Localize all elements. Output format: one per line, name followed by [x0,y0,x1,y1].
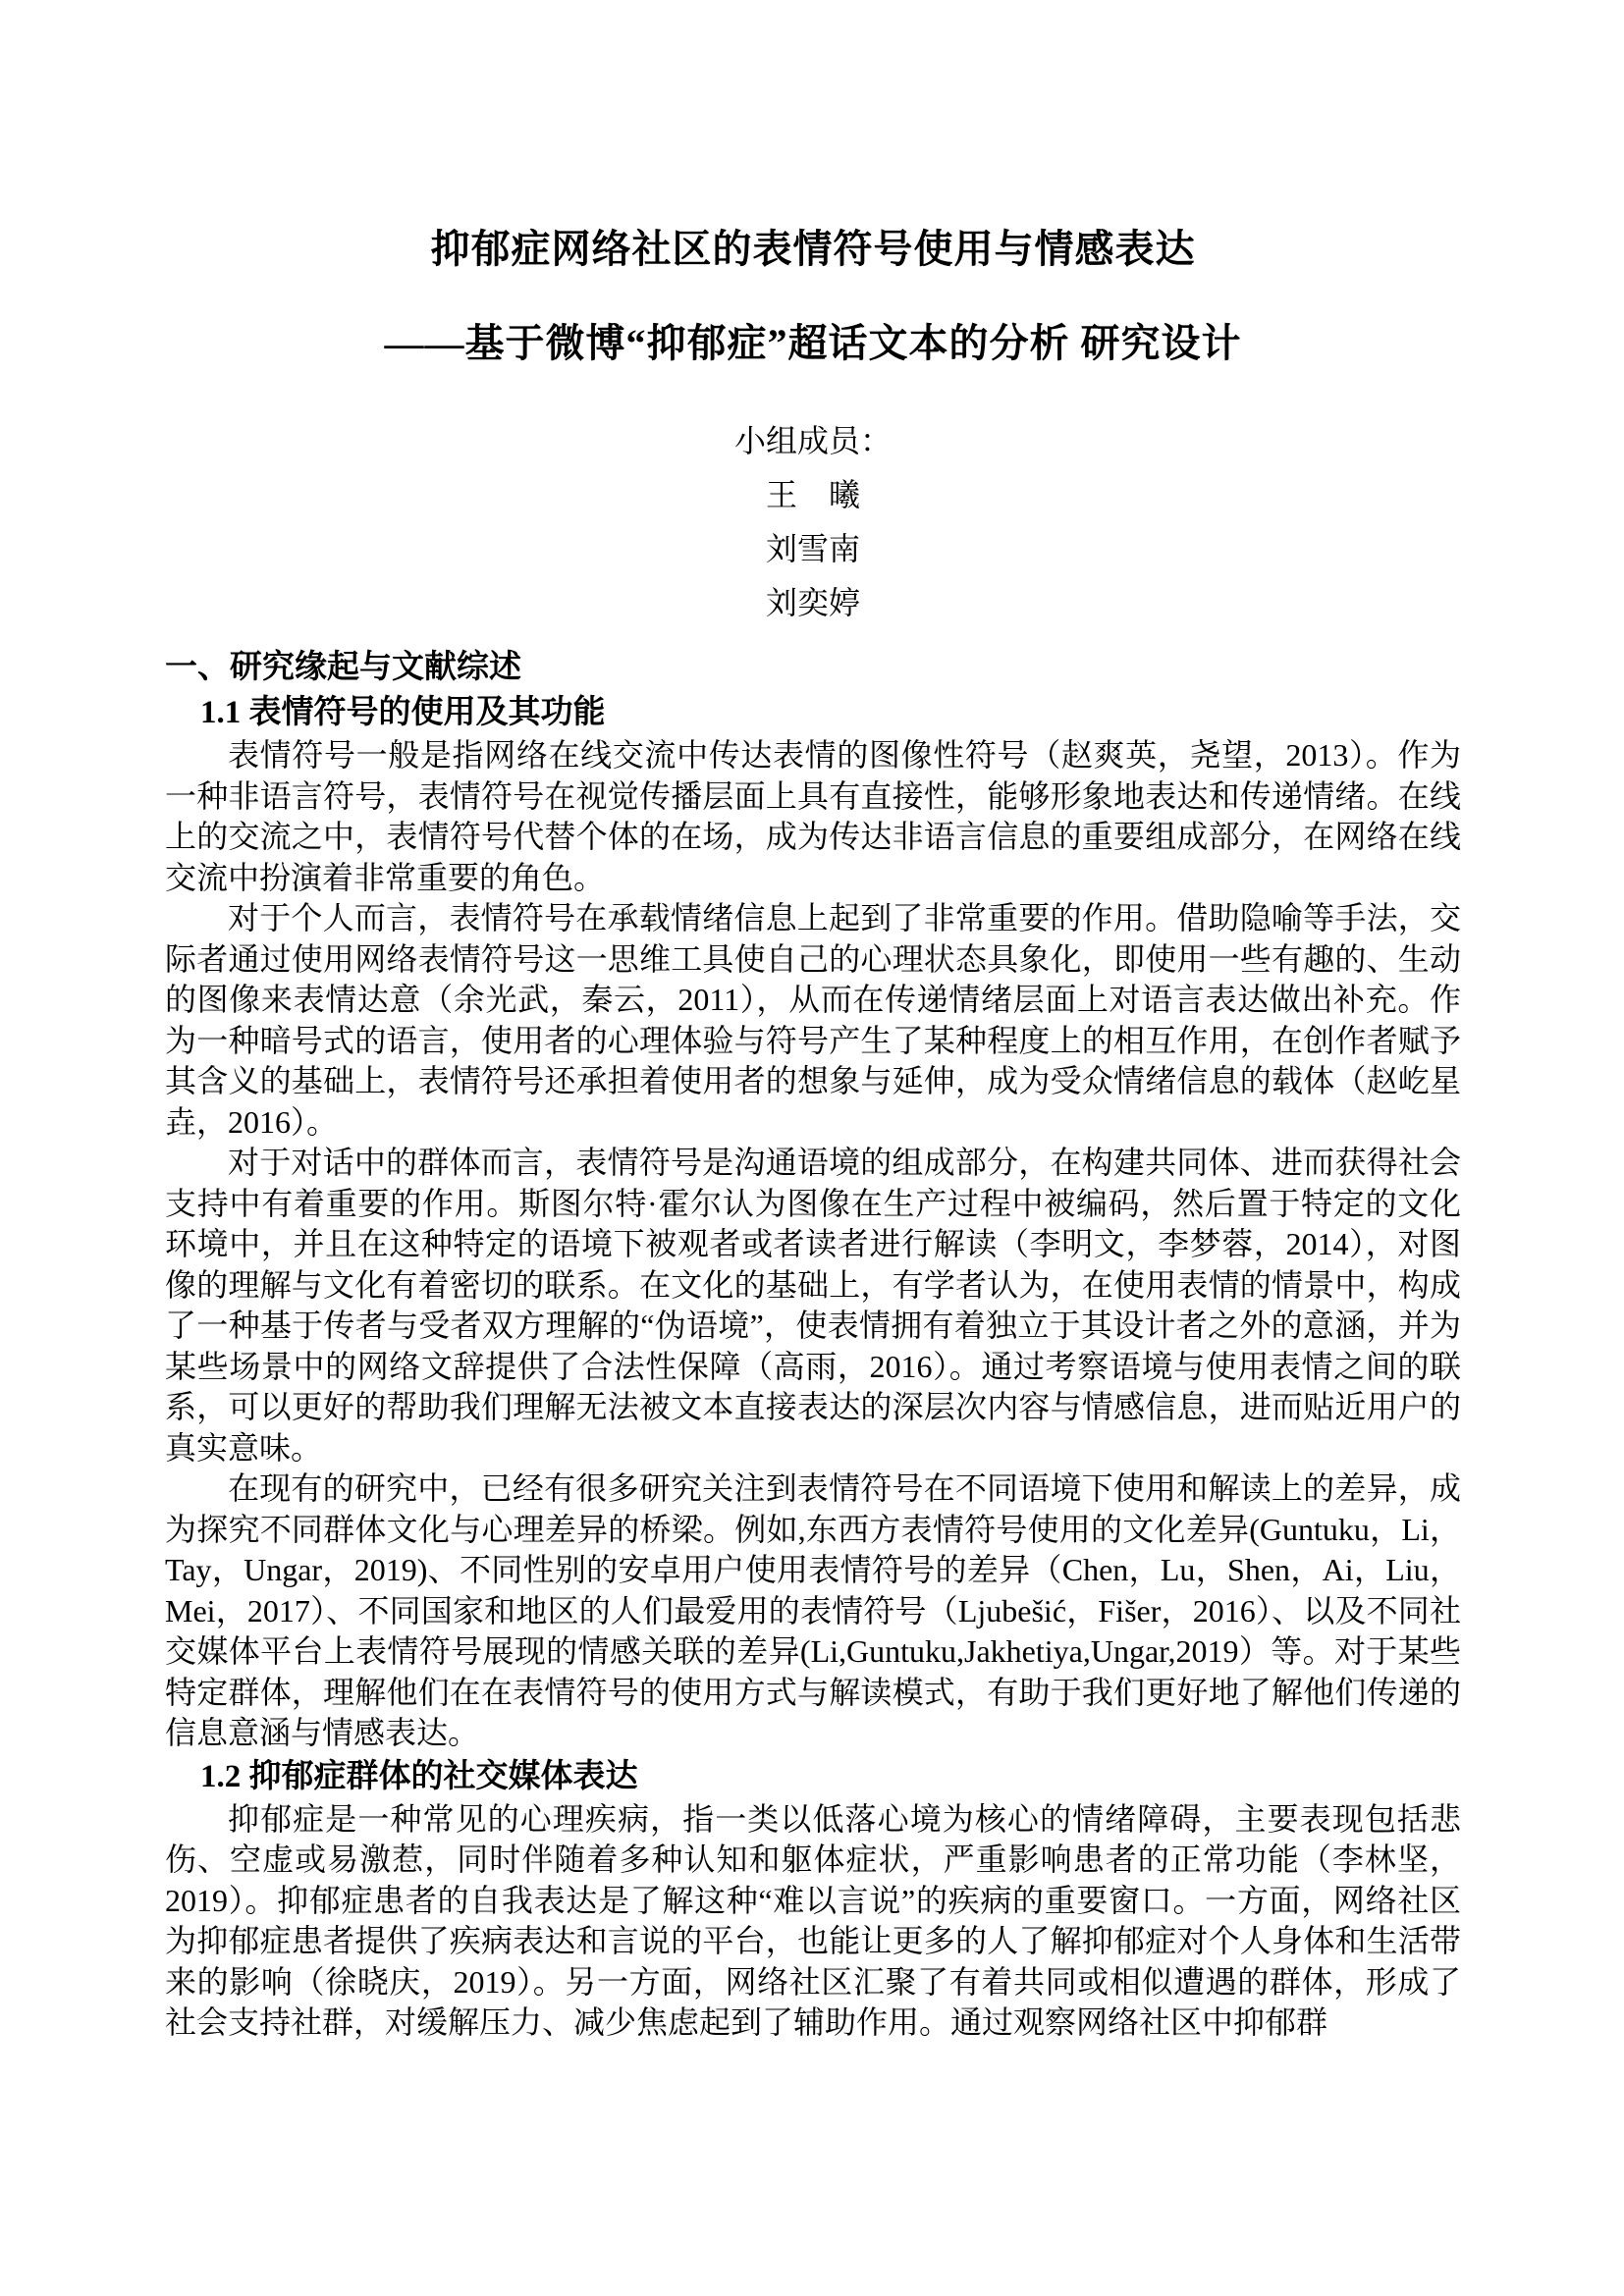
paragraph-1-1-d: 在现有的研究中，已经有很多研究关注到表情符号在不同语境下使用和解读上的差异，成为… [165,1468,1461,1754]
subsection-heading-1-1: 1.1 表情符号的使用及其功能 [165,690,1461,735]
paragraph-1-1-a: 表情符号一般是指网络在线交流中传达表情的图像性符号（赵爽英，尧望，2013）。作… [165,735,1461,898]
member-name-1: 王 曦 [165,468,1461,522]
paragraph-1-1-b: 对于个人而言，表情符号在承载情绪信息上起到了非常重要的作用。借助隐喻等手法，交际… [165,898,1461,1143]
paragraph-1-1-c: 对于对话中的群体而言，表情符号是沟通语境的组成部分，在构建共同体、进而获得社会支… [165,1143,1461,1468]
member-name-2: 刘雪南 [165,522,1461,576]
member-name-3: 刘奕婷 [165,576,1461,630]
members-label: 小组成员： [165,414,1461,468]
section-heading-1: 一、研究缘起与文献综述 [165,645,1461,690]
members-block: 小组成员： 王 曦 刘雪南 刘奕婷 [165,414,1461,630]
document-subtitle: ——基于微博“抑郁症”超话文本的分析 研究设计 [165,322,1461,365]
document-page: 抑郁症网络社区的表情符号使用与情感表达 ——基于微博“抑郁症”超话文本的分析 研… [0,0,1624,2296]
document-title: 抑郁症网络社区的表情符号使用与情感表达 [165,228,1461,271]
subsection-heading-1-2: 1.2 抑郁症群体的社交媒体表达 [165,1754,1461,1799]
paragraph-1-2-a: 抑郁症是一种常见的心理疾病，指一类以低落心境为核心的情绪障碍，主要表现包括悲伤、… [165,1799,1461,2044]
